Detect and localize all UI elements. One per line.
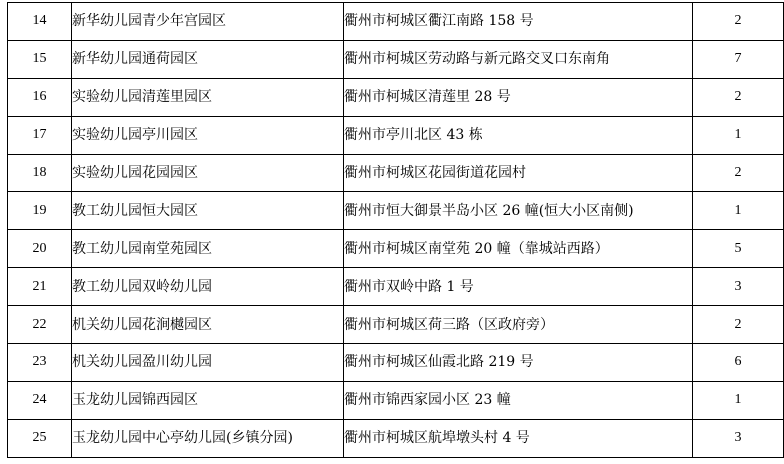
table-row: 19 教工幼儿园恒大园区 衢州市恒大御景半岛小区 26 幢(恒大小区南侧) 1 (8, 192, 784, 230)
row-number: 23 (8, 344, 72, 382)
kindergarten-table: 14 新华幼儿园青少年宫园区 衢州市柯城区衢江南路 158 号 2 15 新华幼… (7, 2, 784, 458)
count-value: 2 (693, 306, 784, 344)
count-value: 2 (693, 154, 784, 192)
kindergarten-address: 衢州市柯城区南堂苑 20 幢（靠城站西路） (344, 230, 693, 268)
row-number: 17 (8, 116, 72, 154)
kindergarten-address: 衢州市锦西家园小区 23 幢 (344, 381, 693, 419)
kindergarten-name: 玉龙幼儿园中心亭幼儿园(乡镇分园) (72, 419, 344, 457)
kindergarten-address: 衢州市恒大御景半岛小区 26 幢(恒大小区南侧) (344, 192, 693, 230)
kindergarten-address: 衢州市亭川北区 43 栋 (344, 116, 693, 154)
count-value: 2 (693, 3, 784, 41)
kindergarten-name: 新华幼儿园青少年宫园区 (72, 3, 344, 41)
table-body: 14 新华幼儿园青少年宫园区 衢州市柯城区衢江南路 158 号 2 15 新华幼… (8, 3, 784, 458)
count-value: 3 (693, 268, 784, 306)
table-row: 15 新华幼儿园通荷园区 衢州市柯城区劳动路与新元路交叉口东南角 7 (8, 40, 784, 78)
kindergarten-address: 衢州市柯城区衢江南路 158 号 (344, 3, 693, 41)
row-number: 15 (8, 40, 72, 78)
table-row: 14 新华幼儿园青少年宫园区 衢州市柯城区衢江南路 158 号 2 (8, 3, 784, 41)
count-value: 3 (693, 419, 784, 457)
row-number: 14 (8, 3, 72, 41)
kindergarten-address: 衢州市柯城区荷三路（区政府旁） (344, 306, 693, 344)
kindergarten-name: 新华幼儿园通荷园区 (72, 40, 344, 78)
count-value: 2 (693, 78, 784, 116)
kindergarten-name: 实验幼儿园亭川园区 (72, 116, 344, 154)
kindergarten-name: 实验幼儿园花园园区 (72, 154, 344, 192)
count-value: 7 (693, 40, 784, 78)
table-row: 16 实验幼儿园清莲里园区 衢州市柯城区清莲里 28 号 2 (8, 78, 784, 116)
table-row: 17 实验幼儿园亭川园区 衢州市亭川北区 43 栋 1 (8, 116, 784, 154)
count-value: 1 (693, 192, 784, 230)
kindergarten-address: 衢州市柯城区劳动路与新元路交叉口东南角 (344, 40, 693, 78)
count-value: 1 (693, 381, 784, 419)
kindergarten-name: 玉龙幼儿园锦西园区 (72, 381, 344, 419)
table-row: 24 玉龙幼儿园锦西园区 衢州市锦西家园小区 23 幢 1 (8, 381, 784, 419)
kindergarten-address: 衢州市双岭中路 1 号 (344, 268, 693, 306)
row-number: 21 (8, 268, 72, 306)
kindergarten-name: 教工幼儿园恒大园区 (72, 192, 344, 230)
kindergarten-address: 衢州市柯城区仙霞北路 219 号 (344, 344, 693, 382)
kindergarten-address: 衢州市柯城区清莲里 28 号 (344, 78, 693, 116)
kindergarten-address: 衢州市柯城区航埠墩头村 4 号 (344, 419, 693, 457)
kindergarten-name: 机关幼儿园盈川幼儿园 (72, 344, 344, 382)
row-number: 25 (8, 419, 72, 457)
kindergarten-address: 衢州市柯城区花园街道花园村 (344, 154, 693, 192)
table-row: 21 教工幼儿园双岭幼儿园 衢州市双岭中路 1 号 3 (8, 268, 784, 306)
row-number: 24 (8, 381, 72, 419)
kindergarten-name: 教工幼儿园南堂苑园区 (72, 230, 344, 268)
table-row: 22 机关幼儿园花涧樾园区 衢州市柯城区荷三路（区政府旁） 2 (8, 306, 784, 344)
row-number: 16 (8, 78, 72, 116)
row-number: 19 (8, 192, 72, 230)
row-number: 18 (8, 154, 72, 192)
row-number: 20 (8, 230, 72, 268)
count-value: 6 (693, 344, 784, 382)
count-value: 5 (693, 230, 784, 268)
kindergarten-name: 机关幼儿园花涧樾园区 (72, 306, 344, 344)
table-row: 23 机关幼儿园盈川幼儿园 衢州市柯城区仙霞北路 219 号 6 (8, 344, 784, 382)
table-row: 18 实验幼儿园花园园区 衢州市柯城区花园街道花园村 2 (8, 154, 784, 192)
table-row: 25 玉龙幼儿园中心亭幼儿园(乡镇分园) 衢州市柯城区航埠墩头村 4 号 3 (8, 419, 784, 457)
table-row: 20 教工幼儿园南堂苑园区 衢州市柯城区南堂苑 20 幢（靠城站西路） 5 (8, 230, 784, 268)
row-number: 22 (8, 306, 72, 344)
count-value: 1 (693, 116, 784, 154)
kindergarten-name: 实验幼儿园清莲里园区 (72, 78, 344, 116)
kindergarten-name: 教工幼儿园双岭幼儿园 (72, 268, 344, 306)
